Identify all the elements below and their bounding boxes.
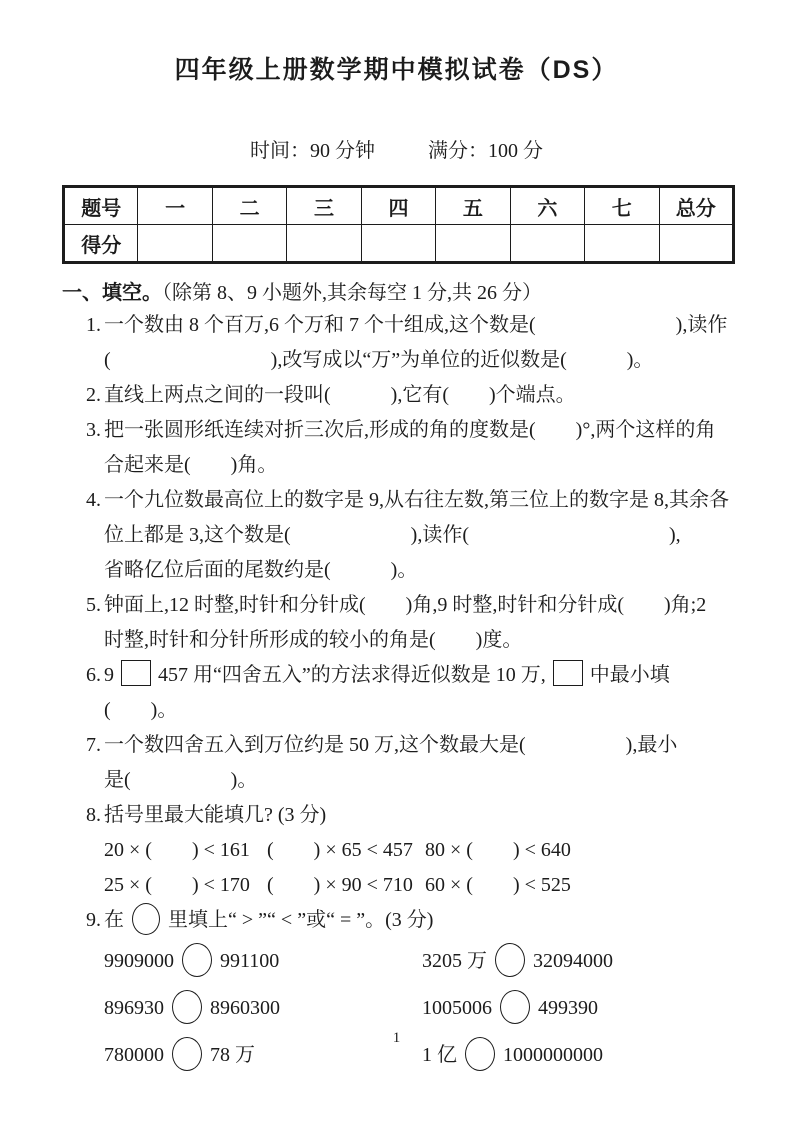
question-line: 时整,时针和分针所形成的较小的角是( )度。 xyxy=(104,623,740,658)
expression: 20 × ( ) < 161 xyxy=(104,833,267,868)
question-number: 8. xyxy=(86,798,101,833)
right-number: 499390 xyxy=(538,997,598,1019)
right-number: 8960300 xyxy=(210,997,280,1019)
question-4: 4. 一个九位数最高位上的数字是 9,从右往左数,第三位上的数字是 8,其余各 … xyxy=(62,483,740,588)
comparison-circle-icon xyxy=(182,943,212,977)
question-8: 8. 括号里最大能填几? (3 分) 20 × ( ) < 161 ( ) × … xyxy=(62,798,740,903)
score-table: 题号 一 二 三 四 五 六 七 总分 得分 xyxy=(62,185,735,264)
right-number: 78 万 xyxy=(210,1044,255,1066)
question-3: 3. 把一张圆形纸连续对折三次后,形成的角的度数是( )°,两个这样的角 合起来… xyxy=(62,413,740,483)
header-cell-2: 二 xyxy=(212,187,286,225)
right-number: 32094000 xyxy=(533,950,613,972)
left-number: 896930 xyxy=(104,997,164,1019)
question-7: 7. 一个数四舍五入到万位约是 50 万,这个数最大是( ),最小 是( )。 xyxy=(62,728,740,798)
blank-square-icon xyxy=(121,660,151,686)
question-number: 4. xyxy=(86,483,101,518)
section-1-note: （除第 8、9 小题外,其余每空 1 分,共 26 分） xyxy=(162,282,542,304)
question-number: 6. xyxy=(86,658,101,693)
question-number: 9. xyxy=(86,903,101,938)
question-text: 在 xyxy=(104,909,124,931)
score-table-header-row: 题号 一 二 三 四 五 六 七 总分 xyxy=(64,187,734,225)
comparison-row: 8969308960300 xyxy=(104,985,422,1032)
section-1-heading: 一、填空。（除第 8、9 小题外,其余每空 1 分,共 26 分） xyxy=(62,278,793,308)
right-number: 991100 xyxy=(220,950,279,972)
left-number: 1005006 xyxy=(422,997,492,1019)
header-cell-total: 总分 xyxy=(659,187,734,225)
question-line: 一个数由 8 个百万,6 个万和 7 个十组成,这个数是( ),读作 xyxy=(104,308,740,343)
question-line: 位上都是 3,这个数是( ),读作( ), xyxy=(104,518,740,553)
question-text: 9 xyxy=(104,664,114,686)
score-cell-empty xyxy=(436,225,510,263)
header-cell-3: 三 xyxy=(287,187,361,225)
question-line: 把一张圆形纸连续对折三次后,形成的角的度数是( )°,两个这样的角 xyxy=(104,413,740,448)
score-cell-empty xyxy=(510,225,584,263)
question-number: 2. xyxy=(86,378,101,413)
question-number: 3. xyxy=(86,413,101,448)
full-score-label: 满分：100 分 xyxy=(428,140,543,162)
left-number: 780000 xyxy=(104,1044,164,1066)
exam-info: 时间：90 分钟 满分：100 分 xyxy=(0,134,793,163)
header-cell-1: 一 xyxy=(138,187,212,225)
comparison-circle-icon xyxy=(500,990,530,1024)
left-number: 9909000 xyxy=(104,950,174,972)
expression: ( ) × 65 < 457 xyxy=(267,833,425,868)
comparison-circle-icon xyxy=(495,943,525,977)
comparison-row: 9909000991100 xyxy=(104,938,422,985)
score-cell-empty xyxy=(585,225,659,263)
section-1-title: 一、填空。 xyxy=(62,282,162,304)
time-label: 时间：90 分钟 xyxy=(250,140,375,162)
question-line: 钟面上,12 时整,时针和分针成( )角,9 时整,时针和分针成( )角;2 xyxy=(104,588,740,623)
question-line: 合起来是( )角。 xyxy=(104,448,740,483)
question-line: 省略亿位后面的尾数约是( )。 xyxy=(104,553,740,588)
question-line: 一个数四舍五入到万位约是 50 万,这个数最大是( ),最小 xyxy=(104,728,740,763)
question-number: 7. xyxy=(86,728,101,763)
score-cell-empty xyxy=(287,225,361,263)
header-cell-5: 五 xyxy=(436,187,510,225)
question-line: ( ),改写成以“万”为单位的近似数是( )。 xyxy=(104,343,740,378)
left-number: 1 亿 xyxy=(422,1044,457,1066)
question-prompt: 括号里最大能填几? (3 分) xyxy=(104,798,740,833)
header-cell-7: 七 xyxy=(585,187,659,225)
header-cell-question-no: 题号 xyxy=(64,187,138,225)
question-line: 是( )。 xyxy=(104,763,740,798)
comparison-circle-icon xyxy=(172,990,202,1024)
header-cell-6: 六 xyxy=(510,187,584,225)
question-text: 里填上“ > ”“ < ”或“ = ”。(3 分) xyxy=(168,909,433,931)
comparison-circle-icon xyxy=(132,903,160,935)
score-cell-empty xyxy=(212,225,286,263)
page-title: 四年级上册数学期中模拟试卷（DS） xyxy=(0,0,793,86)
right-number: 1000000000 xyxy=(503,1044,603,1066)
question-text: 457 用“四舍五入”的方法求得近似数是 10 万, xyxy=(158,664,546,686)
exam-paper-page: 四年级上册数学期中模拟试卷（DS） 时间：90 分钟 满分：100 分 题号 一… xyxy=(0,0,793,1122)
left-number: 3205 万 xyxy=(422,950,487,972)
question-2: 2. 直线上两点之间的一段叫( ),它有( )个端点。 xyxy=(62,378,740,413)
expression: ( ) × 90 < 710 xyxy=(267,868,425,903)
score-cell-empty xyxy=(138,225,212,263)
question-5: 5. 钟面上,12 时整,时针和分针成( )角,9 时整,时针和分针成( )角;… xyxy=(62,588,740,658)
question-prompt: 在里填上“ > ”“ < ”或“ = ”。(3 分) xyxy=(104,903,740,938)
question-number: 5. xyxy=(86,588,101,623)
score-row-label: 得分 xyxy=(64,225,138,263)
expression: 80 × ( ) < 640 xyxy=(425,833,740,868)
question-9: 9. 在里填上“ > ”“ < ”或“ = ”。(3 分) 9909000991… xyxy=(62,903,740,1079)
fill-in-questions: 1. 一个数由 8 个百万,6 个万和 7 个十组成,这个数是( ),读作 ( … xyxy=(62,308,740,1079)
question-number: 1. xyxy=(86,308,101,343)
q9-comparison-grid: 9909000991100 3205 万32094000 89693089603… xyxy=(104,938,740,1079)
comparison-row: 1005006499390 xyxy=(422,985,740,1032)
page-number: 1 xyxy=(0,1030,793,1047)
comparison-row: 3205 万32094000 xyxy=(422,938,740,985)
score-cell-empty xyxy=(361,225,435,263)
score-cell-empty xyxy=(659,225,734,263)
expression: 25 × ( ) < 170 xyxy=(104,868,267,903)
question-1: 1. 一个数由 8 个百万,6 个万和 7 个十组成,这个数是( ),读作 ( … xyxy=(62,308,740,378)
question-6: 6. 9457 用“四舍五入”的方法求得近似数是 10 万,中最小填( )。 xyxy=(62,658,740,728)
score-table-score-row: 得分 xyxy=(64,225,734,263)
q8-expression-grid: 20 × ( ) < 161 ( ) × 65 < 457 80 × ( ) <… xyxy=(104,833,740,903)
blank-square-icon xyxy=(553,660,583,686)
question-line: 9457 用“四舍五入”的方法求得近似数是 10 万,中最小填( )。 xyxy=(104,658,740,728)
header-cell-4: 四 xyxy=(361,187,435,225)
question-line: 一个九位数最高位上的数字是 9,从右往左数,第三位上的数字是 8,其余各 xyxy=(104,483,740,518)
expression: 60 × ( ) < 525 xyxy=(425,868,740,903)
question-line: 直线上两点之间的一段叫( ),它有( )个端点。 xyxy=(104,378,740,413)
